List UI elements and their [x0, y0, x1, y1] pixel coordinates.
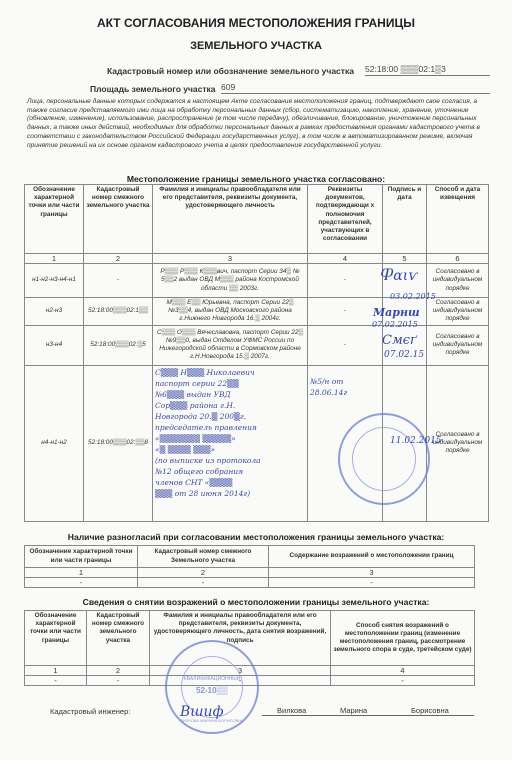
disagreements-header-content: Содержание возражений о местоположении г… — [269, 546, 475, 568]
col-number: 1 — [25, 254, 84, 264]
agreed-header-documents: Реквизиты документов, подтверждающи х по… — [308, 185, 383, 254]
area-label: Площадь земельного участка — [90, 84, 216, 94]
cell: - — [25, 676, 87, 686]
cadastral-cell: 52:18:00▒▒▒02:▒▒8 — [84, 365, 153, 521]
signature-date: 03.02.2015 — [390, 292, 436, 301]
stamp-number: 52-10▒▒ — [167, 686, 257, 695]
signature-date: 11.02.2015 — [390, 436, 442, 446]
agreed-header-owner: Фамилия и инициалы правообладателя или е… — [153, 185, 308, 254]
col-number: 2 — [87, 666, 150, 676]
engineer-label: Кадастровый инженер: — [50, 707, 130, 716]
handwritten-line: паспорт серии 22▒▒ — [155, 378, 305, 389]
signature-mark: Ⴔαιѵ — [380, 268, 418, 284]
agreed-header-notice: Способ и дата извещения — [427, 185, 489, 254]
signature-mark: Смєґ — [382, 333, 417, 348]
handwritten-line: Новгорода 20.▒ 200▒г. — [155, 411, 305, 422]
cell: - — [331, 676, 475, 686]
signature-mark: Марнш — [373, 306, 420, 319]
objections-table-title: Сведения о снятии возражений о местополо… — [0, 597, 512, 607]
handwritten-line: Сор▒▒▒ района г.Н. — [155, 400, 305, 411]
agreed-header-signature: Подпись и дата — [383, 185, 427, 254]
handwritten-line: (по выписке из протокола — [155, 455, 305, 466]
signature-date: 07.02.15 — [384, 350, 424, 360]
handwritten-line: ▒▒▒ от 28 июня 2014г) — [155, 488, 305, 499]
personal-data-consent: Лица, персональные данные которых содерж… — [27, 98, 497, 150]
engineer-first-name: Марина — [340, 706, 367, 715]
agreed-header-cadastral: Кадастровый номер смежного земельного уч… — [84, 185, 153, 254]
point-cell: н1-н2-н3-н4-н1 — [25, 264, 84, 298]
cell: - — [25, 578, 138, 588]
point-cell: н3-н4 — [25, 325, 84, 365]
agreed-table-title: Местоположение границы земельного участк… — [0, 174, 512, 184]
col-number: 1 — [25, 666, 87, 676]
disagreements-header-row: Обозначение характерной точки или части … — [25, 546, 475, 568]
table-row: - - - — [25, 578, 475, 588]
cadastral-cell: 52:18:00▒▒▒02:▒5 — [84, 325, 153, 365]
document-title-line1: АКТ СОГЛАСОВАНИЯ МЕСТОПОЛОЖЕНИЯ ГРАНИЦЫ — [0, 16, 512, 30]
signature-date: 07.02.2015 — [372, 320, 418, 329]
point-cell: н4-н1-н2 — [25, 365, 84, 521]
handwritten-line: членов СНТ «▒▒▒▒ — [155, 477, 305, 488]
col-number: 4 — [308, 254, 383, 264]
owner-cell: М▒▒▒ Е▒▒ Юрьевна, паспорт Серии 22▒ №3▒▒… — [153, 298, 308, 326]
handwritten-line: С▒▒▒ Н▒▒▒ Николаевич — [155, 367, 305, 378]
cadastral-number-value: 52:18:00 ▒▒▒02:1▒3 — [365, 64, 490, 76]
cadastral-number-label: Кадастровый номер или обозначение земель… — [107, 66, 354, 76]
area-value: 609 — [221, 82, 490, 94]
objections-header-cadastral: Кадастровый номер смежного земельного уч… — [87, 611, 150, 666]
agreed-header-point: Обозначение характерной точки или части … — [25, 185, 84, 254]
disagreements-table-title: Наличие разногласий при согласовании мес… — [0, 532, 512, 542]
col-number: 5 — [383, 254, 427, 264]
handwritten-line: «▒▒▒▒▒▒▒ ▒▒▒▒▒» — [155, 433, 305, 444]
objections-header-method: Способ снятия возражений о местоположени… — [331, 611, 475, 666]
owner-cell: С▒▒▒ О▒▒▒ Вячеславовна, паспорт Серии 22… — [153, 325, 308, 365]
stamp-text: КВАЛИФИКАЦИОННЫЙ — [167, 676, 257, 682]
disagreements-number-row: 1 2 3 — [25, 568, 475, 578]
disagreements-header-cadastral: Кадастровый номер смежного Земельного уч… — [138, 546, 269, 568]
point-cell: н2-н3 — [25, 298, 84, 326]
col-number: 3 — [153, 254, 308, 264]
handwritten-line: №12 общего собрания — [155, 466, 305, 477]
owner-handwritten-cell: С▒▒▒ Н▒▒▒ Николаевич паспорт серии 22▒▒ … — [153, 365, 308, 521]
handwritten-line: председатель правления — [155, 422, 305, 433]
cell: - — [138, 578, 269, 588]
documents-cell: - — [308, 264, 383, 298]
engineer-name-line — [262, 715, 474, 716]
objections-header-row: Обозначение характерной точки или части … — [25, 611, 475, 666]
engineer-patronymic: Борисовна — [411, 706, 449, 715]
col-number: 2 — [84, 254, 153, 264]
cadastral-cell: 52:18:00▒▒▒02:1▒▒ — [84, 298, 153, 326]
organization-stamp — [338, 413, 430, 505]
owner-cell: Р▒▒▒ Р▒▒▒ К▒▒▒вич, паспорт Серии 34▒ № 5… — [153, 264, 308, 298]
handwritten-line: «▒ ▒▒▒▒ ▒▒▒» — [155, 444, 305, 455]
col-number: 2 — [138, 568, 269, 578]
col-number: 4 — [331, 666, 475, 676]
notice-cell: Согласовано в индивидуальном порядке — [427, 298, 489, 326]
col-number: 3 — [269, 568, 475, 578]
objections-header-point: Обозначение характерной точки или части … — [25, 611, 87, 666]
col-number: 6 — [427, 254, 489, 264]
agreed-table-number-row: 1 2 3 4 5 6 — [25, 254, 489, 264]
document-title-line2: ЗЕМЕЛЬНОГО УЧАСТКА — [0, 40, 512, 52]
handwritten-line: №6▒▒▒ выдан УВД — [155, 389, 305, 400]
engineer-last-name: Вилкова — [277, 706, 306, 715]
cell: - — [87, 676, 150, 686]
notice-cell: Согласовано в индивидуальном порядке — [427, 325, 489, 365]
documents-cell: - — [308, 325, 383, 365]
col-number: 1 — [25, 568, 138, 578]
disagreements-table: Обозначение характерной точки или части … — [24, 545, 475, 588]
engineer-signature: Вшиф — [180, 704, 224, 720]
document-page: АКТ СОГЛАСОВАНИЯ МЕСТОПОЛОЖЕНИЯ ГРАНИЦЫ … — [0, 0, 512, 760]
cadastral-cell: - — [84, 264, 153, 298]
agreed-table-header-row: Обозначение характерной точки или части … — [25, 185, 489, 254]
cell: - — [269, 578, 475, 588]
disagreements-header-point: Обозначение характерной точки или части … — [25, 546, 138, 568]
